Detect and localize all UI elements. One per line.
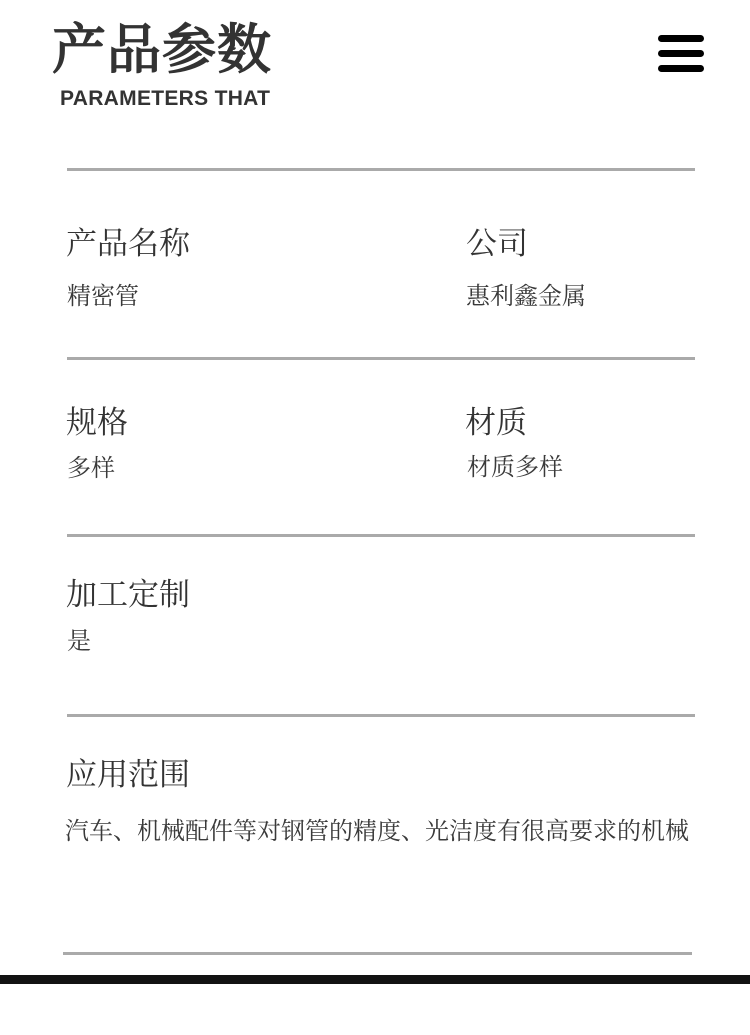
- param-value: 汽车、机械配件等对钢管的精度、光洁度有很高要求的机械: [65, 811, 695, 851]
- param-value: 惠利鑫金属: [466, 280, 586, 312]
- page-subtitle: PARAMETERS THAT: [60, 86, 270, 112]
- param-label: 加工定制: [66, 575, 190, 615]
- param-value: 材质多样: [467, 451, 563, 483]
- param-label: 公司: [466, 224, 528, 264]
- param-value: 多样: [67, 452, 115, 484]
- divider: [67, 357, 695, 360]
- param-label: 产品名称: [66, 224, 190, 264]
- param-label: 应用范围: [66, 755, 190, 795]
- divider: [67, 534, 695, 537]
- param-value: 精密管: [67, 280, 139, 312]
- param-label: 规格: [66, 403, 128, 443]
- page-title: 产品参数: [52, 18, 272, 82]
- divider: [67, 168, 695, 171]
- menu-button[interactable]: [656, 33, 706, 75]
- divider: [63, 952, 692, 955]
- divider: [67, 714, 695, 717]
- param-label: 材质: [465, 403, 527, 443]
- param-value: 是: [67, 625, 91, 657]
- bottom-bar: [0, 975, 750, 984]
